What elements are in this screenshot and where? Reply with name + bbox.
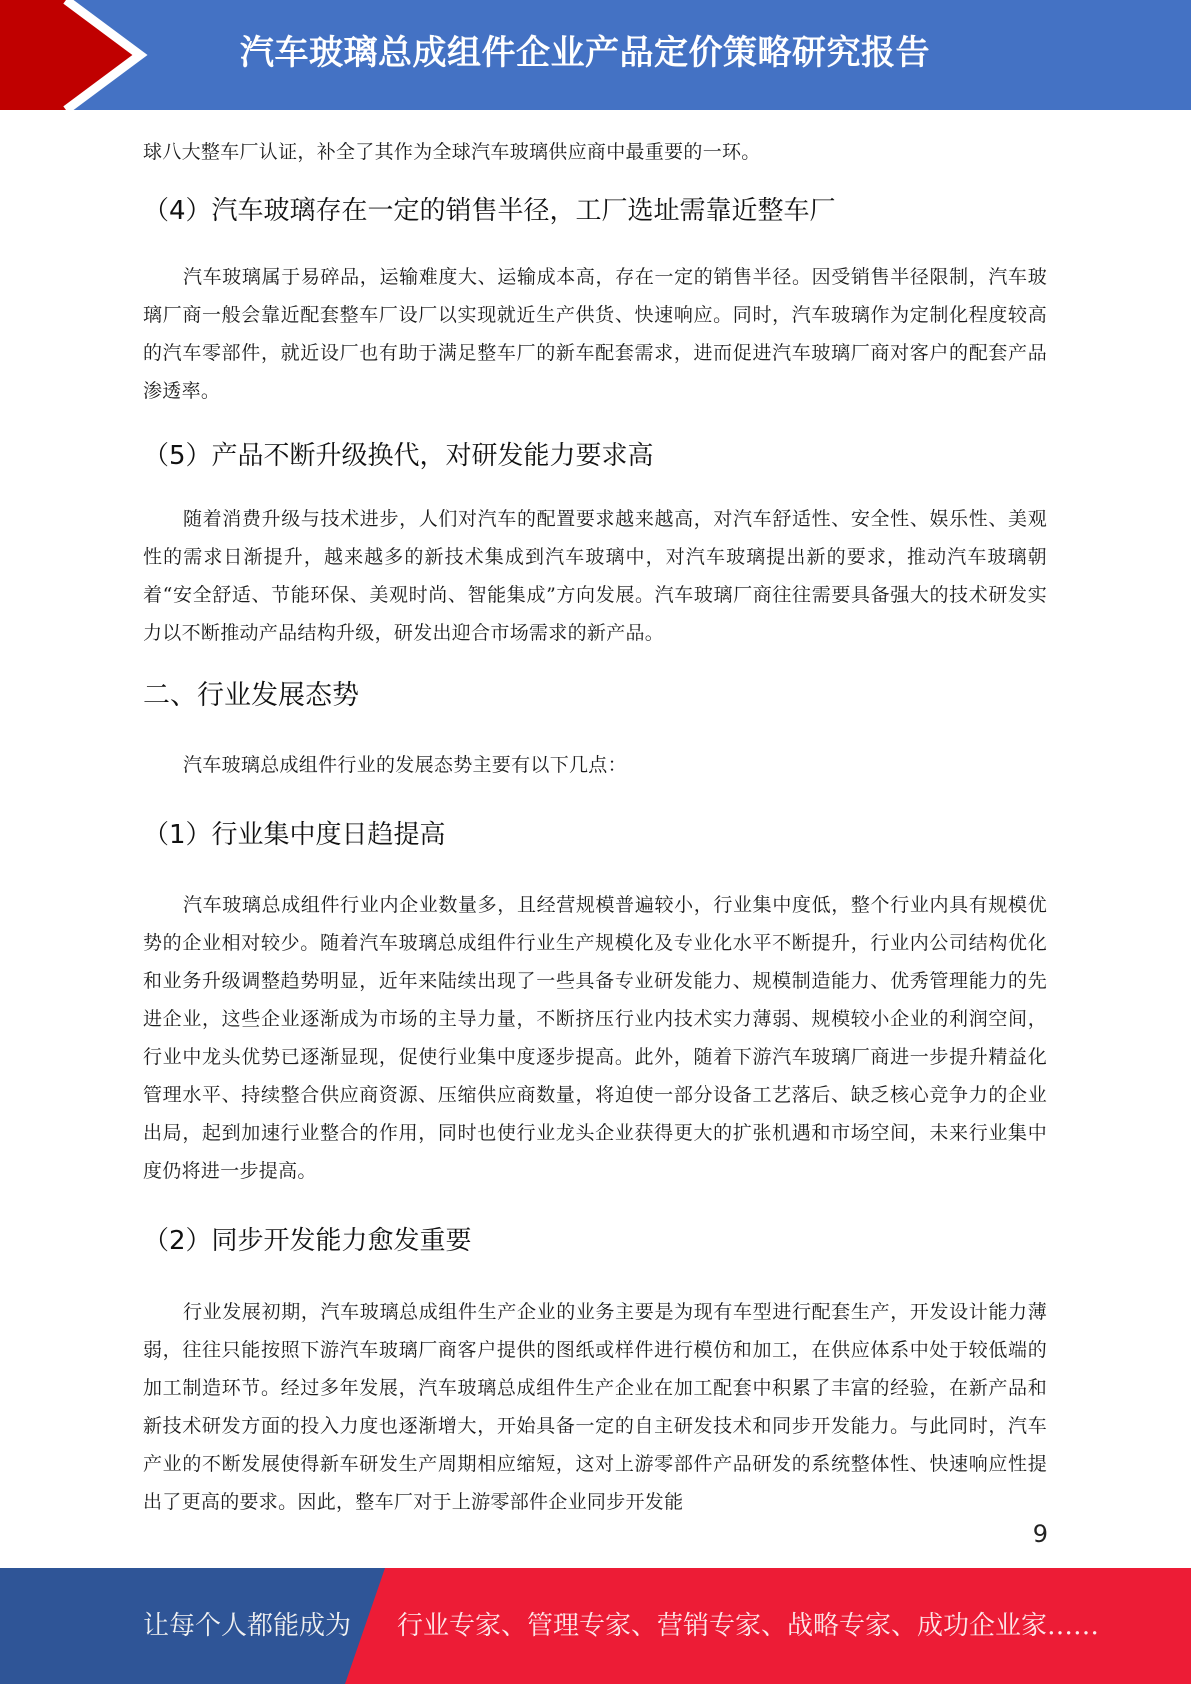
red-arrow-icon [0, 0, 160, 110]
report-title: 汽车玻璃总成组件企业产品定价策略研究报告 [240, 0, 930, 110]
page-footer-band: 让每个人都能成为 行业专家、管理专家、营销专家、战略专家、成功企业家…… [0, 1568, 1191, 1684]
paragraph-continued: 球八大整车厂认证，补全了其作为全球汽车玻璃供应商中最重要的一环。 [143, 133, 1047, 171]
heading-subsection-2: （2）同步开发能力愈发重要 [143, 1220, 472, 1257]
heading-section-4: （4）汽车玻璃存在一定的销售半径，工厂选址需靠近整车厂 [143, 190, 836, 227]
paragraph-sales-radius: 汽车玻璃属于易碎品，运输难度大、运输成本高，存在一定的销售半径。因受销售半径限制… [143, 258, 1047, 410]
paragraph-sync-development: 行业发展初期，汽车玻璃总成组件生产企业的业务主要是为现有车型进行配套生产，开发设… [143, 1293, 1047, 1521]
heading-industry-trends: 二、行业发展态势 [143, 673, 359, 712]
paragraph-concentration: 汽车玻璃总成组件行业内企业数量多，且经营规模普遍较小，行业集中度低，整个行业内具… [143, 886, 1047, 1190]
heading-section-5: （5）产品不断升级换代，对研发能力要求高 [143, 435, 654, 472]
heading-subsection-1: （1）行业集中度日趋提高 [143, 814, 446, 851]
footer-slogan-left: 让每个人都能成为 [143, 1568, 351, 1684]
paragraph-product-upgrade: 随着消费升级与技术进步，人们对汽车的配置要求越来越高，对汽车舒适性、安全性、娱乐… [143, 500, 1047, 652]
page-header-band: 汽车玻璃总成组件企业产品定价策略研究报告 [0, 0, 1191, 110]
paragraph-trends-intro: 汽车玻璃总成组件行业的发展态势主要有以下几点： [143, 746, 1047, 784]
page-number: 9 [1033, 1520, 1048, 1548]
footer-slogan-right: 行业专家、管理专家、营销专家、战略专家、成功企业家…… [397, 1568, 1099, 1684]
